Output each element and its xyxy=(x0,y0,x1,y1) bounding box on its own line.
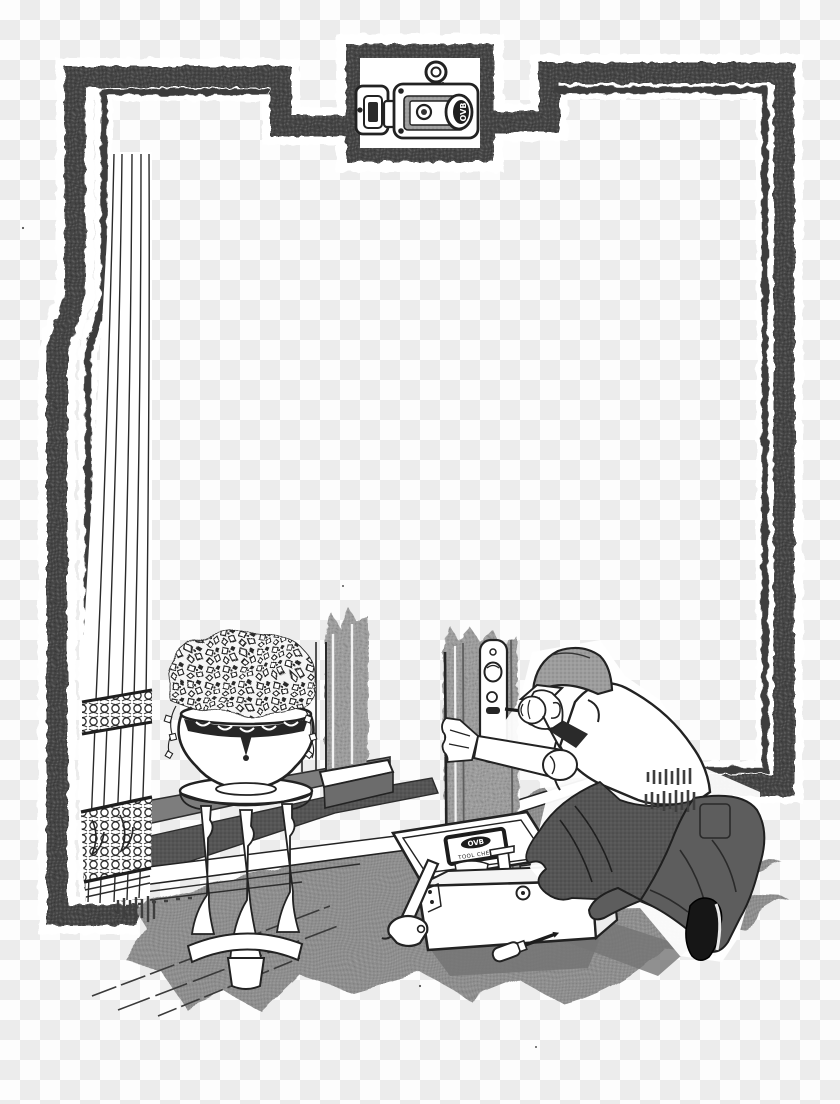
fist xyxy=(519,697,546,724)
lace-band-lower xyxy=(81,797,152,882)
lock-brand-text: OVB xyxy=(459,103,468,122)
rolled-sleeve xyxy=(543,750,577,780)
pot-foot xyxy=(216,783,276,795)
lock-cylinder: OVB xyxy=(446,95,472,129)
jamb-post xyxy=(325,608,368,772)
vintage-locksmith-illustration: OVB xyxy=(0,0,840,1104)
lock-plaque: OVB xyxy=(346,44,494,162)
key-slot xyxy=(486,707,500,714)
transparent-checkerboard-background: OVB xyxy=(0,0,840,1104)
key-bow xyxy=(426,62,446,84)
